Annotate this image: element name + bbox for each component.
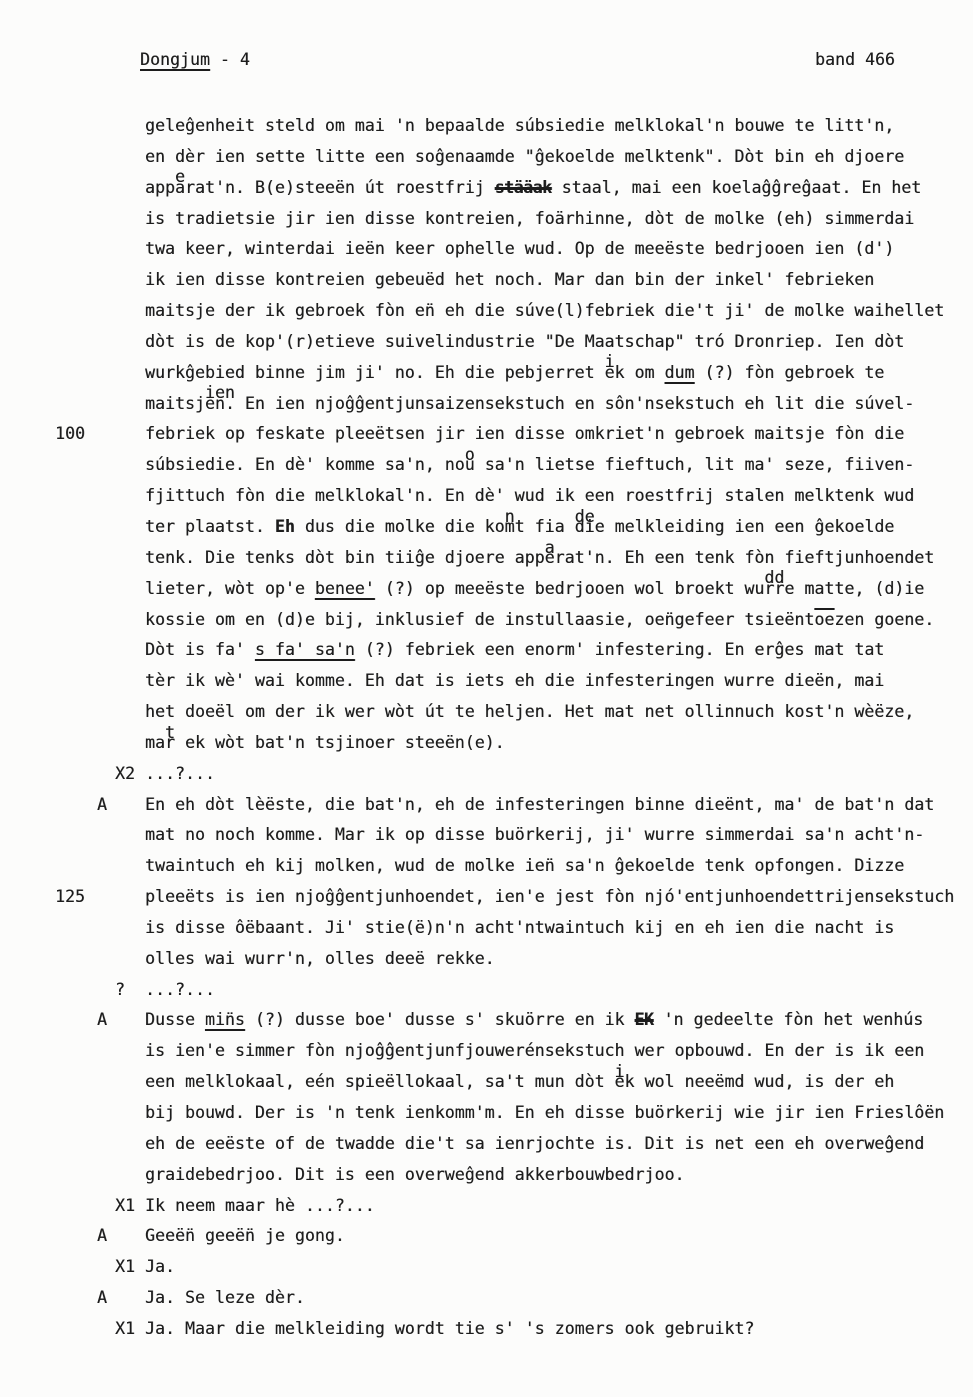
line-text: Ja. [145, 1252, 973, 1283]
speaker-label: X2 [115, 759, 135, 790]
line-text: fjittuch fòn die melklokal'n. En dè' wud… [145, 481, 973, 512]
line-text: is disse ôëbaant. Ji' stie(ë)n'n acht'nt… [145, 913, 973, 944]
document-line: twaintuch eh kij molken, wud de molke ie… [0, 851, 973, 882]
speaker-label: X1 [115, 1191, 135, 1222]
document-line: ADusse min̈s (?) dusse boe' dusse s' sku… [0, 1005, 973, 1036]
typed-correction: nm [505, 517, 515, 536]
line-text: olles wai wurr'n, olles deeë rekke. [145, 944, 973, 975]
underlined-text: min̈s [205, 1010, 245, 1029]
struck-out-text: stääak [495, 178, 552, 197]
document-line: appearat'n. B(e)steeën út roestfrij stää… [0, 173, 973, 204]
document-line: AGeeën̈ geeën̈ je gong. [0, 1221, 973, 1252]
correction-above-text: de [575, 502, 595, 533]
document-line: súbsiedie. En dè' komme sa'n, noou sa'n … [0, 450, 973, 481]
correction-above-text: dd [764, 563, 784, 594]
correction-above-text: a [545, 533, 555, 564]
line-text: Ja. Se leze dèr. [145, 1283, 973, 1314]
document-line: is tradietsie jir ien disse kontreien, f… [0, 204, 973, 235]
line-text: ter plaatst. Eh dus die molke die konmt … [145, 512, 973, 543]
underlined-text: benee' [315, 579, 375, 598]
line-text: twa keer, winterdai ieën keer ophelle wu… [145, 234, 973, 265]
document-line: 100febriek op feskate pleeëtsen jir ien … [0, 419, 973, 450]
line-text: appearat'n. B(e)steeën út roestfrij stää… [145, 173, 973, 204]
document-line: maitsjienen. En ien njoĝĝentjunsaizensek… [0, 389, 973, 420]
document-line: het doeël om der ik wer wòt út te heljen… [0, 697, 973, 728]
line-text: lieter, wòt op'e benee' (?) op meeëste b… [145, 574, 973, 605]
line-text: pleeëts is ien njoĝĝentjunhoendet, ien'e… [145, 882, 973, 913]
typed-correction: iek [615, 1072, 635, 1091]
document-line: geleĝenheit steld om mai 'n bepaalde súb… [0, 111, 973, 142]
line-text: febriek op feskate pleeëtsen jir ien dis… [145, 419, 973, 450]
correction-above-text: i [605, 347, 615, 378]
typed-correction: iek [605, 363, 625, 382]
styled-text: oe [814, 610, 834, 629]
line-text: matr ek wòt bat'n tsjinoer steeën(e). [145, 728, 973, 759]
document-line: olles wai wurr'n, olles deeë rekke. [0, 944, 973, 975]
line-text: súbsiedie. En dè' komme sa'n, noou sa'n … [145, 450, 973, 481]
line-text: bij bouwd. Der is 'n tenk ienkomm'm. En … [145, 1098, 973, 1129]
underlined-text: dum [665, 363, 695, 382]
typed-correction: ou [465, 455, 475, 474]
document-body: geleĝenheit steld om mai 'n bepaalde súb… [0, 111, 973, 1345]
line-text: twaintuch eh kij molken, wud de molke ie… [145, 851, 973, 882]
document-line: ik ien disse kontreien gebeuëd het noch.… [0, 265, 973, 296]
line-text: eh de eeëste of de twadde die't sa ienrj… [145, 1129, 973, 1160]
page-header: Dongjum - 4 band 466 [0, 50, 973, 81]
line-text: tenk. Die tenks dòt bin tiiĝe djoere app… [145, 543, 973, 574]
line-text: is ien'e simmer fòn njoĝĝentjunfjouwerén… [145, 1036, 973, 1067]
document-line: wurkĝebied binne jim ji' no. Eh die pebj… [0, 358, 973, 389]
document-line: kossie om en (d)e bij, inklusief de inst… [0, 605, 973, 636]
line-text: Dòt is fa' s fa' sa'n (?) febriek een en… [145, 635, 973, 666]
typed-correction: ddrre [764, 579, 794, 598]
line-text: graidebedrjoo. Dit is een overweĝend akk… [145, 1160, 973, 1191]
speaker-label: X1 [115, 1252, 135, 1283]
speaker-label: A [97, 1283, 107, 1314]
document-line: dòt is de kop'(r)etieve suivelindustrie … [0, 327, 973, 358]
correction-above-text: o [465, 440, 475, 471]
line-text: Geeën̈ geeën̈ je gong. [145, 1221, 973, 1252]
typed-correction: ienen [205, 394, 225, 413]
document-line: AEn eh dòt lèëste, die bat'n, eh de infe… [0, 790, 973, 821]
line-text: En eh dòt lèëste, die bat'n, eh de infes… [145, 790, 973, 821]
line-text: kossie om en (d)e bij, inklusief de inst… [145, 605, 973, 636]
document-line: een melklokaal, eén spieëllokaal, sa't m… [0, 1067, 973, 1098]
line-text: wurkĝebied binne jim ji' no. Eh die pebj… [145, 358, 973, 389]
speaker-label: A [97, 1005, 107, 1036]
typed-correction: dedie [575, 517, 605, 536]
speaker-label: X1 [115, 1314, 135, 1345]
document-line: lieter, wòt op'e benee' (?) op meeëste b… [0, 574, 973, 605]
correction-above-text: i [615, 1057, 625, 1088]
line-text: het doeël om der ik wer wòt út te heljen… [145, 697, 973, 728]
document-line: ter plaatst. Eh dus die molke die konmt … [0, 512, 973, 543]
document-line: 125pleeëts is ien njoĝĝentjunhoendet, ie… [0, 882, 973, 913]
line-text: ...?... [145, 759, 973, 790]
line-text: Ja. Maar die melkleiding wordt tie s' 's… [145, 1314, 973, 1345]
line-text: is tradietsie jir ien disse kontreien, f… [145, 204, 973, 235]
margin-line-number: 125 [55, 882, 85, 913]
band-number: band 466 [815, 50, 895, 69]
document-line: eh de eeëste of de twadde die't sa ienrj… [0, 1129, 973, 1160]
styled-text: Eh [275, 517, 295, 536]
correction-above-text: e [175, 162, 185, 193]
correction-above-text: ien [205, 378, 235, 409]
struck-out-text: EK [635, 1010, 654, 1029]
document-line: is disse ôëbaant. Ji' stie(ë)n'n acht'nt… [0, 913, 973, 944]
line-text: Dusse min̈s (?) dusse boe' dusse s' skuö… [145, 1005, 973, 1036]
typed-correction: ea [175, 178, 185, 197]
typed-correction: ae [545, 548, 555, 567]
line-text: Ik neem maar hè ...?... [145, 1191, 973, 1222]
line-text: ik ien disse kontreien gebeuëd het noch.… [145, 265, 973, 296]
line-text: mat no noch komme. Mar ik op disse buörk… [145, 820, 973, 851]
document-line: X1Ja. Maar die melkleiding wordt tie s' … [0, 1314, 973, 1345]
line-text: dòt is de kop'(r)etieve suivelindustrie … [145, 327, 973, 358]
document-line: tenk. Die tenks dòt bin tiiĝe djoere app… [0, 543, 973, 574]
page-title-name: Dongjum [140, 50, 210, 69]
document-line: graidebedrjoo. Dit is een overweĝend akk… [0, 1160, 973, 1191]
line-text: een melklokaal, eén spieëllokaal, sa't m… [145, 1067, 973, 1098]
scanned-document-page: Dongjum - 4 band 466 geleĝenheit steld o… [0, 0, 973, 1397]
line-text: maitsjienen. En ien njoĝĝentjunsaizensek… [145, 389, 973, 420]
page-title-number: - 4 [210, 50, 250, 69]
line-text: tèr ik wè' wai komme. Eh dat is iets eh … [145, 666, 973, 697]
speaker-label: ? [115, 975, 125, 1006]
document-line: ?...?... [0, 975, 973, 1006]
margin-line-number: 100 [55, 419, 85, 450]
line-text: maitsje der ik gebroek fòn en̈ eh die sú… [145, 296, 973, 327]
page-title: Dongjum - 4 [140, 50, 250, 69]
document-line: en dèr ien sette litte een soĝenaamde "ĝ… [0, 142, 973, 173]
document-line: X1Ja. [0, 1252, 973, 1283]
line-text: geleĝenheit steld om mai 'n bepaalde súb… [145, 111, 973, 142]
document-line: bij bouwd. Der is 'n tenk ienkomm'm. En … [0, 1098, 973, 1129]
line-text: en dèr ien sette litte een soĝenaamde "ĝ… [145, 142, 973, 173]
typed-correction: tr [165, 733, 175, 752]
document-line: maitsje der ik gebroek fòn en̈ eh die sú… [0, 296, 973, 327]
speaker-label: A [97, 1221, 107, 1252]
correction-above-text: n [505, 502, 515, 533]
document-line: fjittuch fòn die melklokal'n. En dè' wud… [0, 481, 973, 512]
document-line: AJa. Se leze dèr. [0, 1283, 973, 1314]
document-line: tèr ik wè' wai komme. Eh dat is iets eh … [0, 666, 973, 697]
line-text: ...?... [145, 975, 973, 1006]
speaker-label: A [97, 790, 107, 821]
correction-above-text: t [165, 718, 175, 749]
document-line: twa keer, winterdai ieën keer ophelle wu… [0, 234, 973, 265]
document-line: is ien'e simmer fòn njoĝĝentjunfjouwerén… [0, 1036, 973, 1067]
document-line: Dòt is fa' s fa' sa'n (?) febriek een en… [0, 635, 973, 666]
document-line: matr ek wòt bat'n tsjinoer steeën(e). [0, 728, 973, 759]
underlined-text: s fa' sa'n [255, 640, 355, 659]
document-line: mat no noch komme. Mar ik op disse buörk… [0, 820, 973, 851]
document-line: X1Ik neem maar hè ...?... [0, 1191, 973, 1222]
document-line: X2...?... [0, 759, 973, 790]
